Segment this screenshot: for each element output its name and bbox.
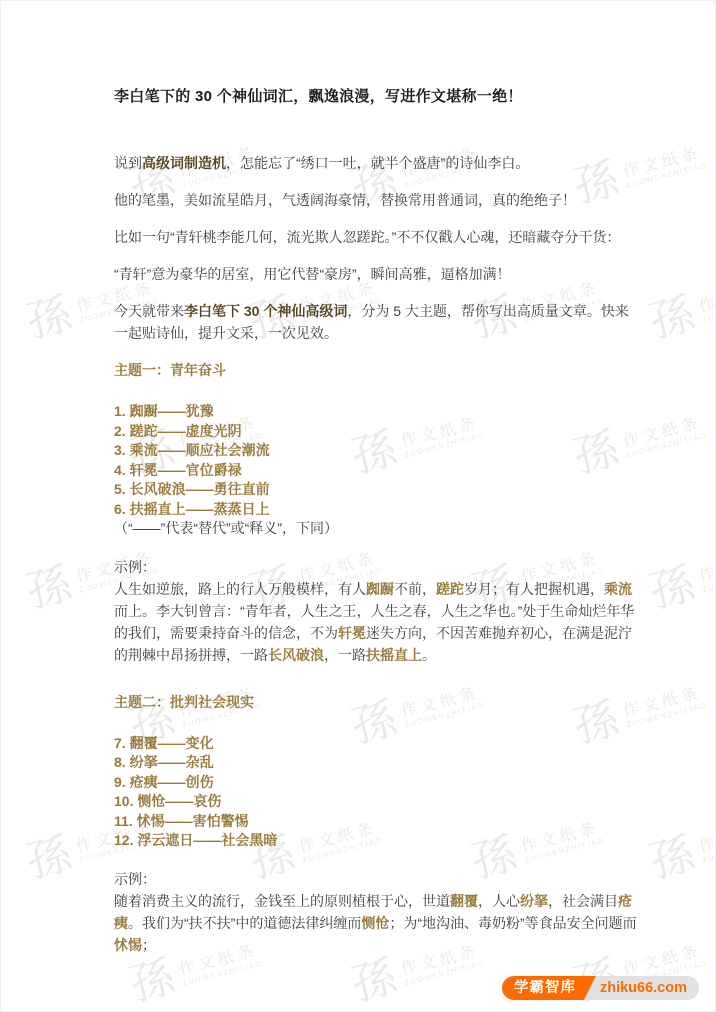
brand-name: 学霸智库 (502, 976, 584, 1000)
intro-paragraph: 说到高级词制造机，怎能忘了“绣口一吐，就半个盛唐”的诗仙李白。 (114, 152, 637, 174)
word-list-item: 6. 扶摇直上——蒸蒸日上 (114, 500, 637, 520)
word-list: 7. 翻覆——变化 8. 纷拏——杂乱 9. 疮痍——创伤 10. 恻怆——哀伤… (114, 734, 637, 851)
intro-paragraph: “青轩”意为豪华的居室，用它代替“豪房”，瞬间高雅，逼格加满！ (114, 263, 637, 285)
word-list-item: 9. 疮痍——创伤 (114, 773, 637, 793)
example-label: 示例： (114, 868, 637, 890)
section-heading: 主题一：青年奋斗 (114, 360, 637, 380)
word-list-item: 10. 恻怆——哀伤 (114, 792, 637, 812)
intro-paragraph: 今天就带来李白笔下 30 个神仙高级词，分为 5 大主题，帮你写出高质量文章。快… (114, 300, 637, 344)
document-content: 李白笔下的 30 个神仙词汇，飘逸浪漫，写进作文堪称一绝！ 说到高级词制造机，怎… (1, 1, 715, 956)
word-list-item: 5. 长风破浪——勇往直前 (114, 480, 637, 500)
brand-site: zhiku66.com (596, 976, 699, 1000)
word-list-item: 1. 踟蹰——犹豫 (114, 402, 637, 422)
example-paragraph: 人生如逆旅，路上的行人万般模样，有人踟蹰不前，蹉跎岁月；有人把握机遇，乘流而上。… (114, 578, 637, 666)
word-list-item: 7. 翻覆——变化 (114, 734, 637, 754)
intro-paragraph: 他的笔墨，美如流星皓月，气透阔海豪情，替换常用普通词，真的绝绝子！ (114, 189, 637, 211)
section-heading: 主题二：批判社会现实 (114, 692, 637, 712)
word-list-item: 4. 轩冕——官位爵禄 (114, 461, 637, 481)
word-list-item: 11. 怵惕——害怕警惕 (114, 812, 637, 832)
page-title: 李白笔下的 30 个神仙词汇，飘逸浪漫，写进作文堪称一绝！ (114, 85, 637, 106)
watermark-logo-glyph: 孫 (348, 955, 401, 1008)
word-list-item: 12. 浮云遮日——社会黑暗 (114, 831, 637, 851)
section-theme-1: 主题一：青年奋斗 1. 踟蹰——犹豫 2. 蹉跎——虚度光阴 3. 乘流——顺应… (114, 360, 637, 666)
word-list: 1. 踟蹰——犹豫 2. 蹉跎——虚度光阴 3. 乘流——顺应社会潮流 4. 轩… (114, 402, 637, 539)
word-list-item: 8. 纷拏——杂乱 (114, 753, 637, 773)
brand-badge: 学霸智库 zhiku66.com (502, 976, 699, 1000)
watermark-subtext: ZUOWENZHITIAO (182, 960, 264, 988)
list-note: （“——”代表“替代”或“释义”，下同） (114, 519, 637, 539)
watermark-subtext: ZUOWENZHITIAO (404, 960, 486, 988)
watermark-logo-glyph: 孫 (126, 955, 179, 1008)
example-paragraph: 随着消费主义的流行，金钱至上的原则植根于心，世道翻覆，人心纷拏，社会满目疮痍。我… (114, 890, 637, 956)
section-theme-2: 主题二：批判社会现实 7. 翻覆——变化 8. 纷拏——杂乱 9. 疮痍——创伤… (114, 692, 637, 956)
document-page: 孫作文纸条ZUOWENZHITIAO孫作文纸条ZUOWENZHITIAO孫作文纸… (0, 0, 716, 1012)
word-list-item: 2. 蹉跎——虚度光阴 (114, 422, 637, 442)
intro-block: 说到高级词制造机，怎能忘了“绣口一吐，就半个盛唐”的诗仙李白。 他的笔墨，美如流… (114, 152, 637, 344)
example-block: 示例： 人生如逆旅，路上的行人万般模样，有人踟蹰不前，蹉跎岁月；有人把握机遇，乘… (114, 556, 637, 666)
intro-paragraph: 比如一句“青轩桃李能几何，流光欺人忽蹉跎。”不不仅戳人心魂，还暗藏夺分干货： (114, 226, 637, 248)
badge-divider (584, 976, 596, 1000)
example-block: 示例： 随着消费主义的流行，金钱至上的原则植根于心，世道翻覆，人心纷拏，社会满目… (114, 868, 637, 956)
example-label: 示例： (114, 556, 637, 578)
word-list-item: 3. 乘流——顺应社会潮流 (114, 441, 637, 461)
